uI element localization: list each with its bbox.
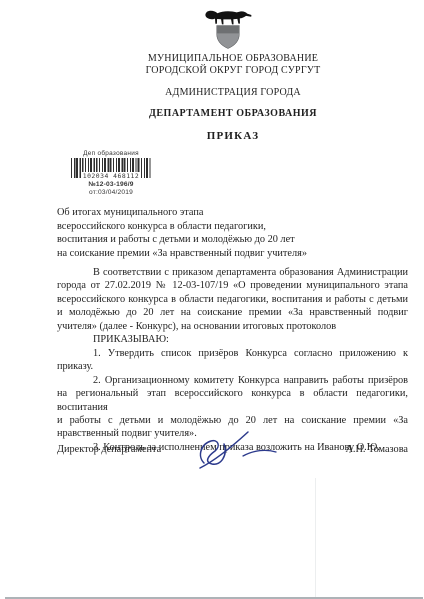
order-document-page: МУНИЦИПАЛЬНОЕ ОБРАЗОВАНИЕ ГОРОДСКОЙ ОКРУ… bbox=[0, 0, 424, 599]
scan-seam-line bbox=[315, 478, 316, 597]
signer-name: А.Н. Томазова bbox=[345, 443, 408, 456]
subject-line: на соискание премии «За нравственный под… bbox=[57, 247, 397, 261]
order-item-2-part-a: 2. Организационному комитету Конкурса на… bbox=[57, 374, 408, 414]
signature-diagonal-stroke bbox=[200, 432, 248, 468]
document-type-title: ПРИКАЗ bbox=[57, 130, 409, 143]
stamp-registration-number: №12-03-196/9 bbox=[68, 181, 154, 189]
barcode-digits: 102034 468112 bbox=[68, 173, 154, 180]
surgut-coat-of-arms-icon bbox=[202, 7, 254, 51]
order-keyword: ПРИКАЗЫВАЮ: bbox=[57, 333, 408, 346]
stamp-department-label: Деп образования bbox=[68, 150, 154, 157]
registration-stamp: Деп образования 102034 468112 №12-03-196… bbox=[68, 150, 154, 197]
barcode-digits-text: 102034 468112 bbox=[81, 172, 142, 180]
subject-line: всероссийского конкурса в области педаго… bbox=[57, 220, 397, 234]
handwritten-signature-icon bbox=[188, 425, 284, 475]
order-item-1: 1. Утвердить список призёров Конкурса со… bbox=[57, 347, 408, 374]
stamp-registration-date: от:03/04/2019 bbox=[68, 189, 154, 197]
municipality-line-2: ГОРОДСКОЙ ОКРУГ ГОРОД СУРГУТ bbox=[57, 65, 409, 77]
shield-chief-icon bbox=[217, 26, 239, 33]
order-subject: Об итогах муниципального этапа всероссий… bbox=[57, 206, 397, 260]
subject-line: воспитания и работы с детьми и молодёжью… bbox=[57, 233, 397, 247]
department-line: ДЕПАРТАМЕНТ ОБРАЗОВАНИЯ bbox=[57, 108, 409, 120]
fox-and-shield-emblem-icon bbox=[202, 7, 254, 51]
signature-tail-stroke bbox=[243, 450, 276, 456]
signer-position-title: Директор департамента bbox=[57, 443, 161, 456]
preamble-paragraph: В соответствии с приказом департамента о… bbox=[57, 266, 408, 333]
municipality-line-1: МУНИЦИПАЛЬНОЕ ОБРАЗОВАНИЕ bbox=[57, 53, 409, 65]
administration-line: АДМИНИСТРАЦИЯ ГОРОДА bbox=[57, 87, 409, 99]
fox-silhouette-icon bbox=[205, 11, 251, 25]
subject-line: Об итогах муниципального этапа bbox=[57, 206, 397, 220]
letterhead: МУНИЦИПАЛЬНОЕ ОБРАЗОВАНИЕ ГОРОДСКОЙ ОКРУ… bbox=[57, 53, 409, 143]
